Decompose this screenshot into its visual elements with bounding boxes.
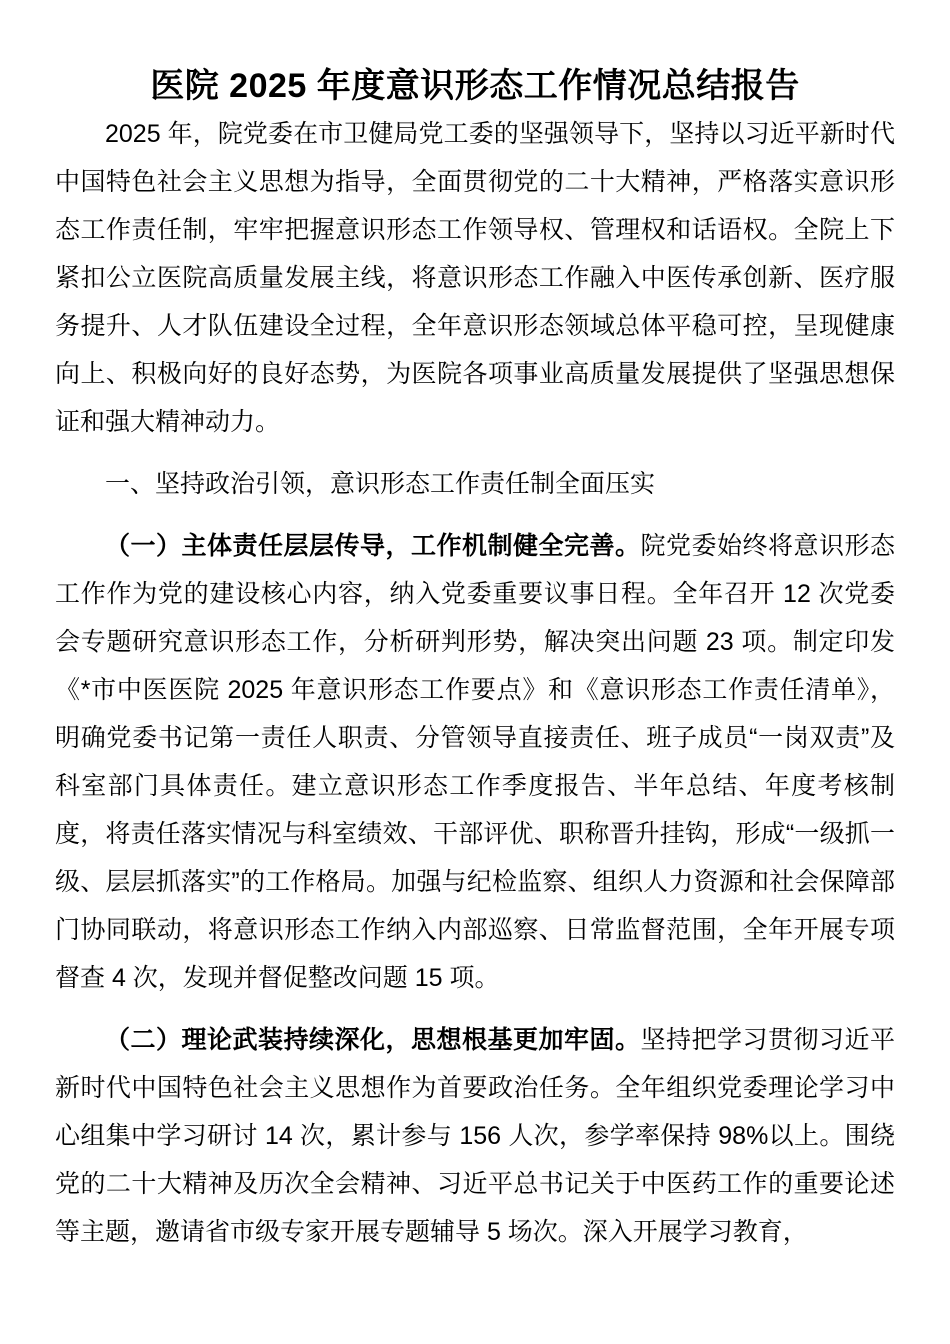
subsection-1-paragraph: （一）主体责任层层传导，工作机制健全完善。院党委始终将意识形态工作作为党的建设核…	[55, 522, 895, 1002]
subsection-1-body: 院党委始终将意识形态工作作为党的建设核心内容，纳入党委重要议事日程。全年召开 1…	[55, 532, 895, 992]
intro-paragraph: 2025 年，院党委在市卫健局党工委的坚强领导下，坚持以习近平新时代中国特色社会…	[55, 110, 895, 446]
document-page: 医院 2025 年度意识形态工作情况总结报告 2025 年，院党委在市卫健局党工…	[0, 0, 950, 1344]
document-title: 医院 2025 年度意识形态工作情况总结报告	[55, 62, 895, 110]
subsection-2-body: 坚持把学习贯彻习近平新时代中国特色社会主义思想作为首要政治任务。全年组织党委理论…	[55, 1026, 895, 1246]
subsection-2-lead: （二）理论武装持续深化，思想根基更加牢固。	[105, 1026, 640, 1054]
subsection-1-lead: （一）主体责任层层传导，工作机制健全完善。	[105, 532, 640, 560]
subsection-2-paragraph: （二）理论武装持续深化，思想根基更加牢固。坚持把学习贯彻习近平新时代中国特色社会…	[55, 1016, 895, 1256]
section-1-heading: 一、坚持政治引领，意识形态工作责任制全面压实	[55, 460, 895, 508]
